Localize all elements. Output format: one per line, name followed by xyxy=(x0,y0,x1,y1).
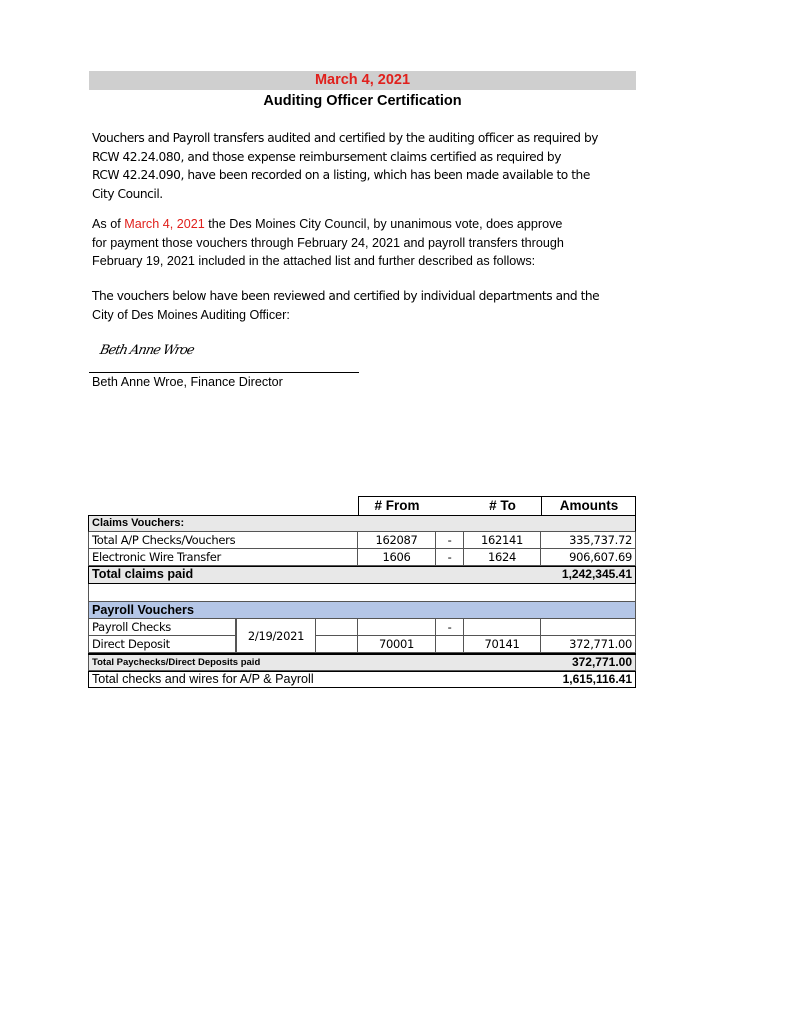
to-number: 162141 xyxy=(464,532,541,549)
signer-name: Beth Anne Wroe, Finance Director xyxy=(92,375,283,389)
payroll-date: 2/19/2021 xyxy=(236,619,316,653)
to-number xyxy=(464,619,541,636)
payroll-section-label: Payroll Vouchers xyxy=(92,602,194,618)
payroll-total-amount: 372,771.00 xyxy=(572,655,632,670)
payroll-total-row: Total Paychecks/Direct Deposits paid 372… xyxy=(88,655,636,671)
document-date: March 4, 2021 xyxy=(89,71,636,90)
to-number: 70141 xyxy=(464,636,541,653)
table-row: Total A/P Checks/Vouchers162087-16214133… xyxy=(88,532,636,549)
review-paragraph: The vouchers below have been reviewed an… xyxy=(92,287,637,324)
payroll-section-row: Payroll Vouchers xyxy=(88,601,636,619)
claims-total-label: Total claims paid xyxy=(92,567,193,583)
payroll-rows: Payroll Checks-Direct Deposit70001701413… xyxy=(88,619,636,653)
certification-paragraph: Vouchers and Payroll transfers audited a… xyxy=(92,129,637,203)
blank-cell xyxy=(316,619,358,636)
claims-section-label: Claims Vouchers: xyxy=(92,516,184,531)
row-label: Payroll Checks xyxy=(88,619,236,636)
range-separator: - xyxy=(436,549,464,566)
paragraph-line: City Council. xyxy=(92,185,637,204)
paragraph-line: February 19, 2021 included in the attach… xyxy=(92,252,637,271)
header-amounts: Amounts xyxy=(541,496,636,515)
approval-date: March 4, 2021 xyxy=(124,217,205,231)
claims-total-row: Total claims paid 1,242,345.41 xyxy=(88,566,636,584)
to-number: 1624 xyxy=(464,549,541,566)
amount xyxy=(541,619,636,636)
grand-total-amount: 1,615,116.41 xyxy=(563,672,632,687)
paragraph-line: for payment those vouchers through Febru… xyxy=(92,234,637,253)
table-row: Payroll Checks- xyxy=(88,619,636,636)
signature-image: Beth Anne Wroe xyxy=(98,343,195,358)
row-label: Total A/P Checks/Vouchers xyxy=(88,532,358,549)
grand-total-row: Total checks and wires for A/P & Payroll… xyxy=(88,671,636,688)
claims-section-row: Claims Vouchers: xyxy=(88,515,636,532)
claims-total-amount: 1,242,345.41 xyxy=(562,567,632,583)
blank-cell xyxy=(316,636,358,653)
amount: 906,607.69 xyxy=(541,549,636,566)
paragraph-line: City of Des Moines Auditing Officer: xyxy=(92,306,637,325)
spacer-row xyxy=(88,584,636,601)
payroll-total-label: Total Paychecks/Direct Deposits paid xyxy=(92,655,260,670)
from-number: 162087 xyxy=(358,532,436,549)
header-from: # From xyxy=(358,496,436,515)
from-number: 1606 xyxy=(358,549,436,566)
row-label: Electronic Wire Transfer xyxy=(88,549,358,566)
paragraph-line: RCW 42.24.080, and those expense reimbur… xyxy=(92,148,637,167)
table-row: Electronic Wire Transfer1606-1624906,607… xyxy=(88,549,636,566)
approval-prefix: As of xyxy=(92,217,124,231)
row-label: Direct Deposit xyxy=(88,636,236,653)
table-row: Direct Deposit7000170141372,771.00 xyxy=(88,636,636,653)
amount: 335,737.72 xyxy=(541,532,636,549)
from-number: 70001 xyxy=(358,636,436,653)
voucher-table: # From # To Amounts Claims Vouchers: Tot… xyxy=(88,496,636,688)
approval-text: the Des Moines City Council, by unanimou… xyxy=(205,217,563,231)
document-title: Auditing Officer Certification xyxy=(89,91,636,111)
header-to: # To xyxy=(464,496,541,515)
paragraph-line: The vouchers below have been reviewed an… xyxy=(92,287,637,306)
grand-total-label: Total checks and wires for A/P & Payroll xyxy=(92,672,314,687)
signature-line xyxy=(89,372,359,373)
paragraph-line: As of March 4, 2021 the Des Moines City … xyxy=(92,215,637,234)
amount: 372,771.00 xyxy=(541,636,636,653)
table-header-row: # From # To Amounts xyxy=(88,496,636,515)
from-number xyxy=(358,619,436,636)
range-separator: - xyxy=(436,619,464,636)
paragraph-line: Vouchers and Payroll transfers audited a… xyxy=(92,129,637,148)
approval-paragraph: As of March 4, 2021 the Des Moines City … xyxy=(92,215,637,271)
paragraph-line: RCW 42.24.090, have been recorded on a l… xyxy=(92,166,637,185)
range-separator: - xyxy=(436,532,464,549)
range-separator xyxy=(436,636,464,653)
